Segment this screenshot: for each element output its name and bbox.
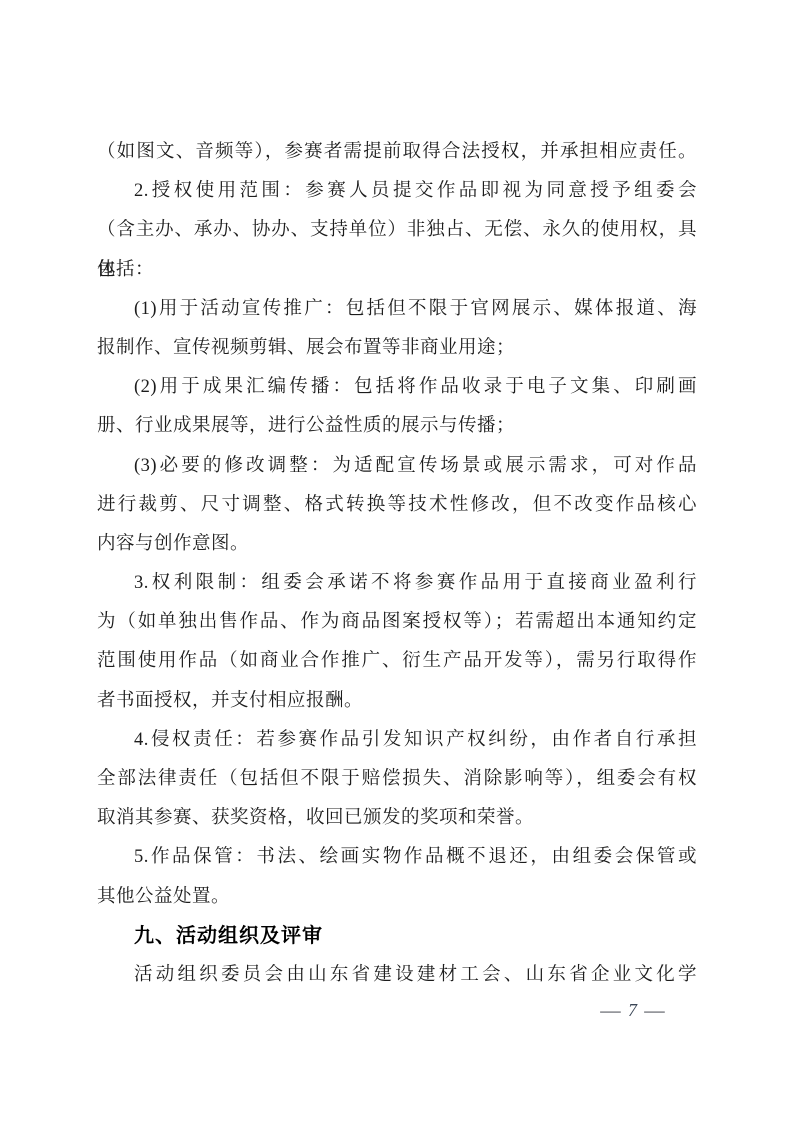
text-line: 范围使用作品（如商业合作推广、衍生产品开发等），需另行取得作 — [97, 642, 697, 681]
text-line: 报制作、宣传视频剪辑、展会布置等非商业用途； — [97, 329, 697, 368]
text-line: 者书面授权，并支付相应报酬。 — [97, 682, 697, 721]
text-line: （如图文、音频等），参赛者需提前取得合法授权，并承担相应责任。 — [97, 133, 697, 172]
text-line: (2)用于成果汇编传播：包括将作品收录于电子文集、印刷画 — [97, 368, 697, 407]
text-line: 5.作品保管：书法、绘画实物作品概不退还，由组委会保管或 — [97, 838, 697, 877]
text-line: 3.权利限制：组委会承诺不将参赛作品用于直接商业盈利行 — [97, 564, 697, 603]
text-line: 全部法律责任（包括但不限于赔偿损失、消除影响等），组委会有权 — [97, 760, 697, 799]
text-line: (1)用于活动宣传推广：包括但不限于官网展示、媒体报道、海 — [97, 290, 697, 329]
text-line: （含主办、承办、协办、支持单位）非独占、无偿、永久的使用权，具体 — [97, 211, 697, 250]
text-line: 包括： — [97, 251, 697, 290]
section-heading: 九、活动组织及评审 — [97, 917, 697, 956]
footer-dash-left: — — [600, 1001, 620, 1021]
text-line: 2.授权使用范围：参赛人员提交作品即视为同意授予组委会 — [97, 172, 697, 211]
text-line: 取消其参赛、获奖资格，收回已颁发的奖项和荣誉。 — [97, 799, 697, 838]
text-line: 活动组织委员会由山东省建设建材工会、山东省企业文化学 — [97, 956, 697, 995]
text-line: 为（如单独出售作品、作为商品图案授权等）；若需超出本通知约定 — [97, 603, 697, 642]
text-line: 内容与创作意图。 — [97, 525, 697, 564]
page-number: 7 — [628, 1000, 637, 1021]
text-line: 其他公益处置。 — [97, 878, 697, 917]
document-page: （如图文、音频等），参赛者需提前取得合法授权，并承担相应责任。 2.授权使用范围… — [0, 0, 794, 1123]
document-text-block: （如图文、音频等），参赛者需提前取得合法授权，并承担相应责任。 2.授权使用范围… — [97, 133, 697, 995]
text-line: 4.侵权责任：若参赛作品引发知识产权纠纷，由作者自行承担 — [97, 721, 697, 760]
page-footer: — 7 — — [602, 1000, 692, 1021]
text-line: (3)必要的修改调整：为适配宣传场景或展示需求，可对作品 — [97, 447, 697, 486]
text-line: 进行裁剪、尺寸调整、格式转换等技术性修改，但不改变作品核心 — [97, 486, 697, 525]
footer-dash-right: — — [644, 1001, 664, 1021]
text-line: 册、行业成果展等，进行公益性质的展示与传播； — [97, 407, 697, 446]
